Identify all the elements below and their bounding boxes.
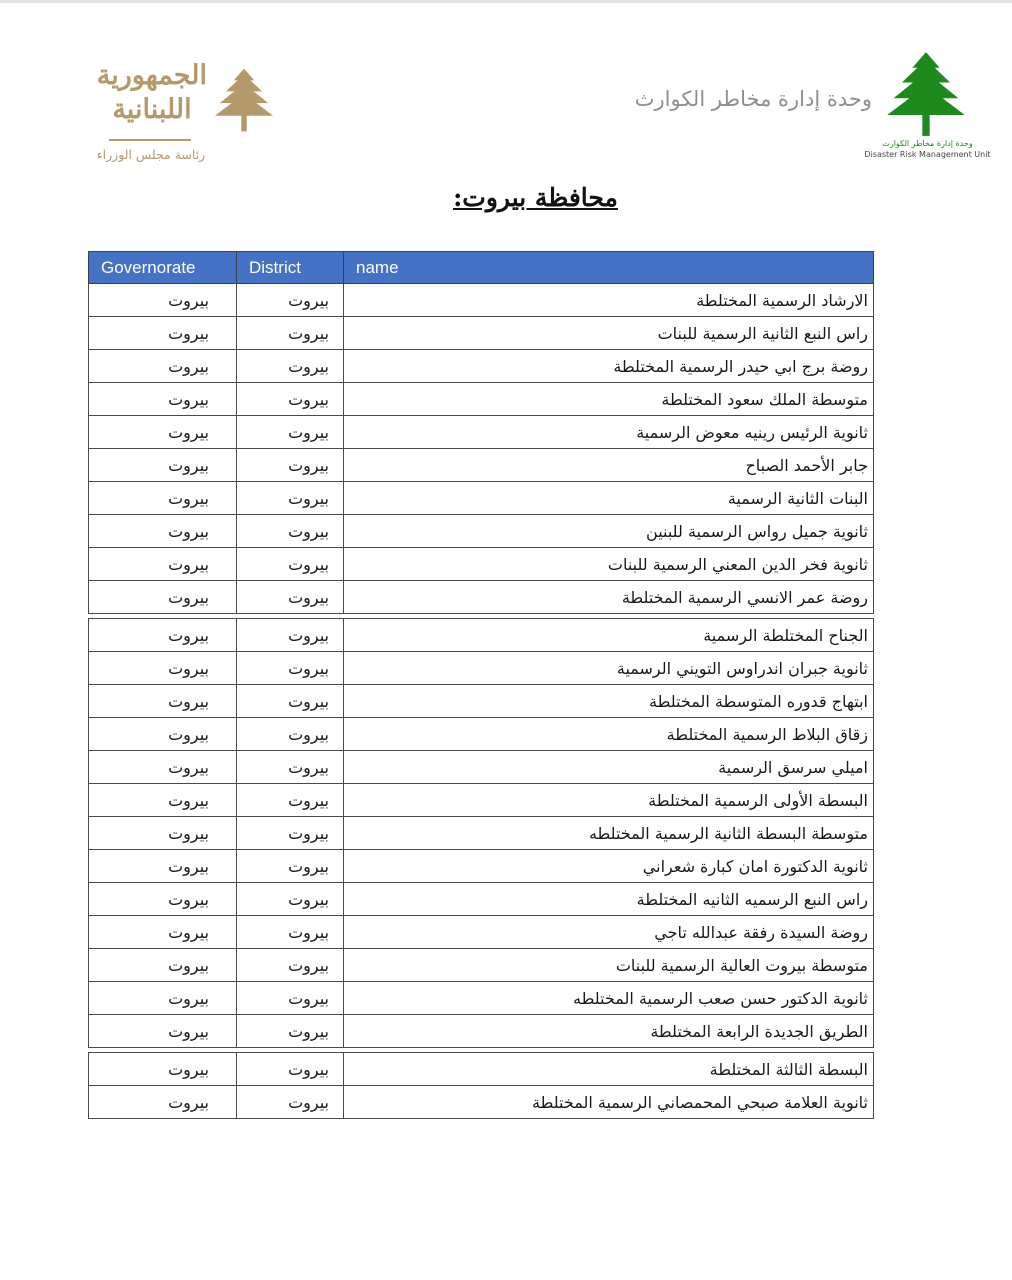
table-row: بيروتبيروتراس النبع الثانية الرسمية للبن… (89, 317, 874, 350)
logo-divider (109, 139, 191, 141)
district-cell: بيروت (237, 416, 344, 449)
name-cell: الارشاد الرسمية المختلطة (344, 284, 874, 317)
table-row: بيروتبيروتثانوية الرئيس رينيه معوض الرسم… (89, 416, 874, 449)
governorate-cell: بيروت (89, 581, 237, 614)
name-cell: البنات الثانية الرسمية (344, 482, 874, 515)
name-cell: البسطة الثالثة المختلطة (344, 1053, 874, 1086)
table-row: بيروتبيروتاميلي سرسق الرسمية (89, 751, 874, 784)
column-header-governorate: Governorate (89, 252, 237, 284)
republic-name-line2: اللبنانية (97, 93, 207, 127)
governorate-cell: بيروت (89, 916, 237, 949)
district-cell: بيروت (237, 548, 344, 581)
district-cell: بيروت (237, 482, 344, 515)
governorate-cell: بيروت (89, 982, 237, 1015)
table-row: بيروتبيروتمتوسطة البسطة الثانية الرسمية … (89, 817, 874, 850)
table-section-3: بيروتبيروتالبسطة الثالثة المختلطةبيروتبي… (88, 1052, 874, 1119)
district-cell: بيروت (237, 1053, 344, 1086)
republic-name-line1: الجمهورية (97, 59, 207, 93)
district-cell: بيروت (237, 350, 344, 383)
name-cell: راس النبع الرسميه الثانيه المختلطة (344, 883, 874, 916)
name-cell: زقاق البلاط الرسمية المختلطة (344, 718, 874, 751)
table-row: بيروتبيروتمتوسطة الملك سعود المختلطة (89, 383, 874, 416)
district-cell: بيروت (237, 317, 344, 350)
governorate-cell: بيروت (89, 482, 237, 515)
table-row: بيروتبيروتالبنات الثانية الرسمية (89, 482, 874, 515)
drm-unit-title: وحدة إدارة مخاطر الكوارث (635, 87, 872, 111)
table-row: بيروتبيروتالجناح المختلطة الرسمية (89, 619, 874, 652)
table-row: بيروتبيروتمتوسطة بيروت العالية الرسمية ل… (89, 949, 874, 982)
governorate-cell: بيروت (89, 449, 237, 482)
name-cell: ثانوية الدكتور حسن صعب الرسمية المختلطه (344, 982, 874, 1015)
governorate-cell: بيروت (89, 350, 237, 383)
republic-name: الجمهورية اللبنانية (97, 59, 207, 127)
name-cell: متوسطة الملك سعود المختلطة (344, 383, 874, 416)
name-cell: راس النبع الثانية الرسمية للبنات (344, 317, 874, 350)
governorate-cell: بيروت (89, 1053, 237, 1086)
name-cell: البسطة الأولى الرسمية المختلطة (344, 784, 874, 817)
name-cell: جابر الأحمد الصباح (344, 449, 874, 482)
governorate-cell: بيروت (89, 317, 237, 350)
district-cell: بيروت (237, 652, 344, 685)
school-table: GovernorateDistrictnameبيروتبيروتالارشاد… (88, 251, 877, 1123)
governorate-cell: بيروت (89, 718, 237, 751)
name-cell: روضة برج ابي حيدر الرسمية المختلطة (344, 350, 874, 383)
table-row: بيروتبيروتثانوية العلامة صبحي المحمصاني … (89, 1086, 874, 1119)
drm-logo-caption-arabic: وحدة إدارة مخاطر الكوارث (850, 139, 1005, 148)
district-cell: بيروت (237, 449, 344, 482)
district-cell: بيروت (237, 581, 344, 614)
table-section-1: GovernorateDistrictnameبيروتبيروتالارشاد… (88, 251, 874, 614)
district-cell: بيروت (237, 784, 344, 817)
table-row: بيروتبيروتالطريق الجديدة الرابعة المختلط… (89, 1015, 874, 1048)
district-cell: بيروت (237, 284, 344, 317)
table-row: بيروتبيروتثانوية جبران اندراوس التويني ا… (89, 652, 874, 685)
name-cell: روضة عمر الانسي الرسمية المختلطة (344, 581, 874, 614)
district-cell: بيروت (237, 949, 344, 982)
name-cell: ثانوية الدكتورة امان كبارة شعراني (344, 850, 874, 883)
governorate-cell: بيروت (89, 850, 237, 883)
governorate-cell: بيروت (89, 515, 237, 548)
table-row: بيروتبيروتالارشاد الرسمية المختلطة (89, 284, 874, 317)
governorate-cell: بيروت (89, 817, 237, 850)
district-cell: بيروت (237, 850, 344, 883)
governorate-cell: بيروت (89, 619, 237, 652)
table-row: بيروتبيروتابتهاج قدوره المتوسطة المختلطة (89, 685, 874, 718)
district-cell: بيروت (237, 883, 344, 916)
header-row: GovernorateDistrictname (89, 252, 874, 284)
cedar-tree-icon (208, 67, 280, 133)
table-row: بيروتبيروتروضة برج ابي حيدر الرسمية المخ… (89, 350, 874, 383)
name-cell: ثانوية الرئيس رينيه معوض الرسمية (344, 416, 874, 449)
table-row: بيروتبيروتثانوية جميل رواس الرسمية للبني… (89, 515, 874, 548)
district-cell: بيروت (237, 1015, 344, 1048)
cedar-tree-icon (880, 50, 972, 138)
governorate-cell: بيروت (89, 883, 237, 916)
table-row: بيروتبيروتثانوية فخر الدين المعني الرسمي… (89, 548, 874, 581)
name-cell: ابتهاج قدوره المتوسطة المختلطة (344, 685, 874, 718)
district-cell: بيروت (237, 619, 344, 652)
table-row: بيروتبيروتالبسطة الثالثة المختلطة (89, 1053, 874, 1086)
name-cell: الطريق الجديدة الرابعة المختلطة (344, 1015, 874, 1048)
governorate-cell: بيروت (89, 784, 237, 817)
district-cell: بيروت (237, 982, 344, 1015)
governorate-cell: بيروت (89, 652, 237, 685)
table-row: بيروتبيروتثانوية الدكتور حسن صعب الرسمية… (89, 982, 874, 1015)
name-cell: الجناح المختلطة الرسمية (344, 619, 874, 652)
governorate-cell: بيروت (89, 949, 237, 982)
lebanese-republic-logo: الجمهورية اللبنانية رئاسة مجلس الوزراء (95, 55, 295, 175)
table-row: بيروتبيروتثانوية الدكتورة امان كبارة شعر… (89, 850, 874, 883)
name-cell: ثانوية فخر الدين المعني الرسمية للبنات (344, 548, 874, 581)
name-cell: متوسطة بيروت العالية الرسمية للبنات (344, 949, 874, 982)
name-cell: اميلي سرسق الرسمية (344, 751, 874, 784)
governorate-cell: بيروت (89, 416, 237, 449)
governorate-cell: بيروت (89, 383, 237, 416)
table-row: بيروتبيروتروضة السيدة رفقة عبدالله تاجي (89, 916, 874, 949)
governorate-cell: بيروت (89, 1015, 237, 1048)
page-title: محافظة بيروت: (59, 183, 1012, 212)
governorate-cell: بيروت (89, 284, 237, 317)
name-cell: روضة السيدة رفقة عبدالله تاجي (344, 916, 874, 949)
district-cell: بيروت (237, 685, 344, 718)
table-row: بيروتبيروتراس النبع الرسميه الثانيه المخ… (89, 883, 874, 916)
name-cell: ثانوية جبران اندراوس التويني الرسمية (344, 652, 874, 685)
district-cell: بيروت (237, 1086, 344, 1119)
governorate-cell: بيروت (89, 548, 237, 581)
pcm-subtitle: رئاسة مجلس الوزراء (93, 147, 209, 162)
district-cell: بيروت (237, 383, 344, 416)
name-cell: متوسطة البسطة الثانية الرسمية المختلطه (344, 817, 874, 850)
name-cell: ثانوية جميل رواس الرسمية للبنين (344, 515, 874, 548)
name-cell: ثانوية العلامة صبحي المحمصاني الرسمية ال… (344, 1086, 874, 1119)
district-cell: بيروت (237, 916, 344, 949)
table-row: بيروتبيروتروضة عمر الانسي الرسمية المختل… (89, 581, 874, 614)
district-cell: بيروت (237, 751, 344, 784)
district-cell: بيروت (237, 817, 344, 850)
governorate-cell: بيروت (89, 1086, 237, 1119)
governorate-cell: بيروت (89, 685, 237, 718)
district-cell: بيروت (237, 718, 344, 751)
drm-logo-caption-english: Disaster Risk Management Unit (850, 150, 1005, 159)
column-header-name: name (344, 252, 874, 284)
governorate-cell: بيروت (89, 751, 237, 784)
document-page: الجمهورية اللبنانية رئاسة مجلس الوزراء و… (0, 0, 1012, 1280)
table-row: بيروتبيروتزقاق البلاط الرسمية المختلطة (89, 718, 874, 751)
table-row: بيروتبيروتالبسطة الأولى الرسمية المختلطة (89, 784, 874, 817)
district-cell: بيروت (237, 515, 344, 548)
table-section-2: بيروتبيروتالجناح المختلطة الرسميةبيروتبي… (88, 618, 874, 1048)
table-row: بيروتبيروتجابر الأحمد الصباح (89, 449, 874, 482)
column-header-district: District (237, 252, 344, 284)
